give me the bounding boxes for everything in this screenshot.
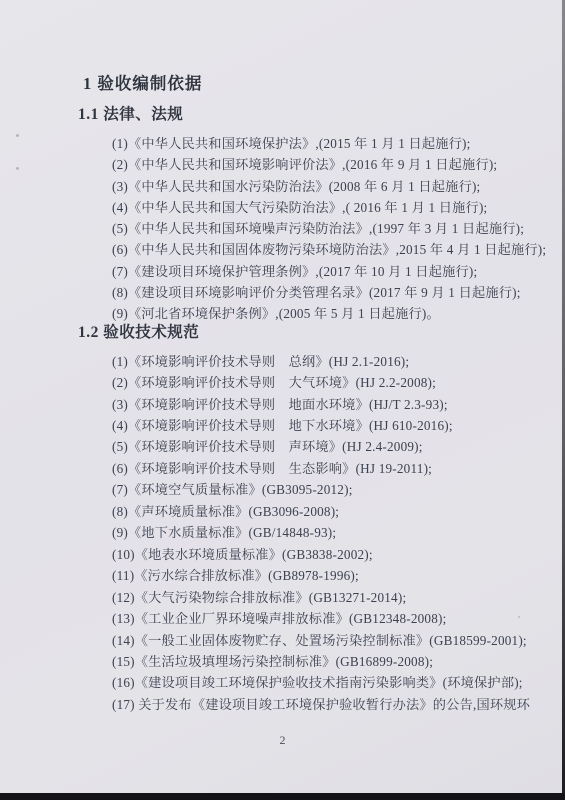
list-item: (10)《地表水环境质量标准》(GB3838-2002); [112, 544, 535, 565]
list-item: (17) 关于发布《建设项目竣工环境保护验收暂行办法》的公告,国环规环 [112, 694, 535, 715]
page-number: 2 [0, 733, 565, 748]
list-item: (9)《地下水质量标准》(GB/14848-93); [112, 522, 535, 543]
scan-speck [16, 167, 19, 170]
list-item: (11)《污水综合排放标准》(GB8978-1996); [112, 565, 535, 586]
list-item: (7)《环境空气质量标准》(GB3095-2012); [112, 479, 535, 500]
section-technical-specs: 1.2 验收技术规范 (1)《环境影响评价技术导则 总纲》(HJ 2.1-201… [78, 323, 535, 716]
section-laws-regulations: 1.1 法律、法规 (1)《中华人民共和国环境保护法》,(2015 年 1 月 … [78, 105, 535, 325]
scanned-document-page: 1 验收编制依据 1.1 法律、法规 (1)《中华人民共和国环境保护法》,(20… [0, 0, 565, 800]
list-item: (4)《中华人民共和国大气污染防治法》,( 2016 年 1 月 1 日施行); [112, 197, 535, 218]
list-item: (15)《生活垃圾填埋场污染控制标准》(GB16899-2008); [112, 651, 535, 672]
scan-speck [518, 616, 520, 618]
list-item: (14)《一般工业固体废物贮存、处置场污染控制标准》(GB18599-2001)… [112, 630, 535, 651]
scan-speck [16, 134, 19, 137]
list-item: (4)《环境影响评价技术导则 地下水环境》(HJ 610-2016); [112, 415, 535, 436]
section-heading-laws: 1.1 法律、法规 [78, 105, 535, 125]
list-item: (8)《声环境质量标准》(GB3096-2008); [112, 501, 535, 522]
list-item: (6)《中华人民共和国固体废物污染环境防治法》,2015 年 4 月 1 日起施… [112, 239, 535, 260]
list-item: (2)《中华人民共和国环境影响评价法》,(2016 年 9 月 1 日起施行); [112, 154, 535, 175]
specs-list: (1)《环境影响评价技术导则 总纲》(HJ 2.1-2016);(2)《环境影响… [78, 351, 535, 716]
list-item: (12)《大气污染物综合排放标准》(GB13271-2014); [112, 587, 535, 608]
list-item: (1)《中华人民共和国环境保护法》,(2015 年 1 月 1 日起施行); [112, 133, 535, 154]
list-item: (6)《环境影响评价技术导则 生态影响》(HJ 19-2011); [112, 458, 535, 479]
list-item: (8)《建设项目环境影响评价分类管理名录》(2017 年 9 月 1 日起施行)… [112, 282, 535, 303]
list-item: (1)《环境影响评价技术导则 总纲》(HJ 2.1-2016); [112, 351, 535, 372]
list-item: (3)《环境影响评价技术导则 地面水环境》(HJ/T 2.3-93); [112, 394, 535, 415]
list-item: (5)《中华人民共和国环境噪声污染防治法》,(1997 年 3 月 1 日起施行… [112, 218, 535, 239]
list-item: (13)《工业企业厂界环境噪声排放标准》(GB12348-2008); [112, 608, 535, 629]
list-item: (5)《环境影响评价技术导则 声环境》(HJ 2.4-2009); [112, 436, 535, 457]
list-item: (16)《建设项目竣工环境保护验收技术指南污染影响类》(环境保护部); [112, 672, 535, 693]
laws-list: (1)《中华人民共和国环境保护法》,(2015 年 1 月 1 日起施行);(2… [78, 133, 535, 325]
scan-edge-bottom [0, 793, 565, 800]
document-body: 1 验收编制依据 1.1 法律、法规 (1)《中华人民共和国环境保护法》,(20… [78, 74, 535, 715]
list-item: (9)《河北省环境保护条例》,(2005 年 5 月 1 日起施行)。 [112, 303, 535, 324]
list-item: (3)《中华人民共和国水污染防治法》(2008 年 6 月 1 日起施行); [112, 176, 535, 197]
list-item: (2)《环境影响评价技术导则 大气环境》(HJ 2.2-2008); [112, 372, 535, 393]
list-item: (7)《建设项目环境保护管理条例》,(2017 年 10 月 1 日起施行); [112, 261, 535, 282]
chapter-title: 1 验收编制依据 [83, 74, 535, 94]
section-heading-specs: 1.2 验收技术规范 [78, 323, 535, 343]
